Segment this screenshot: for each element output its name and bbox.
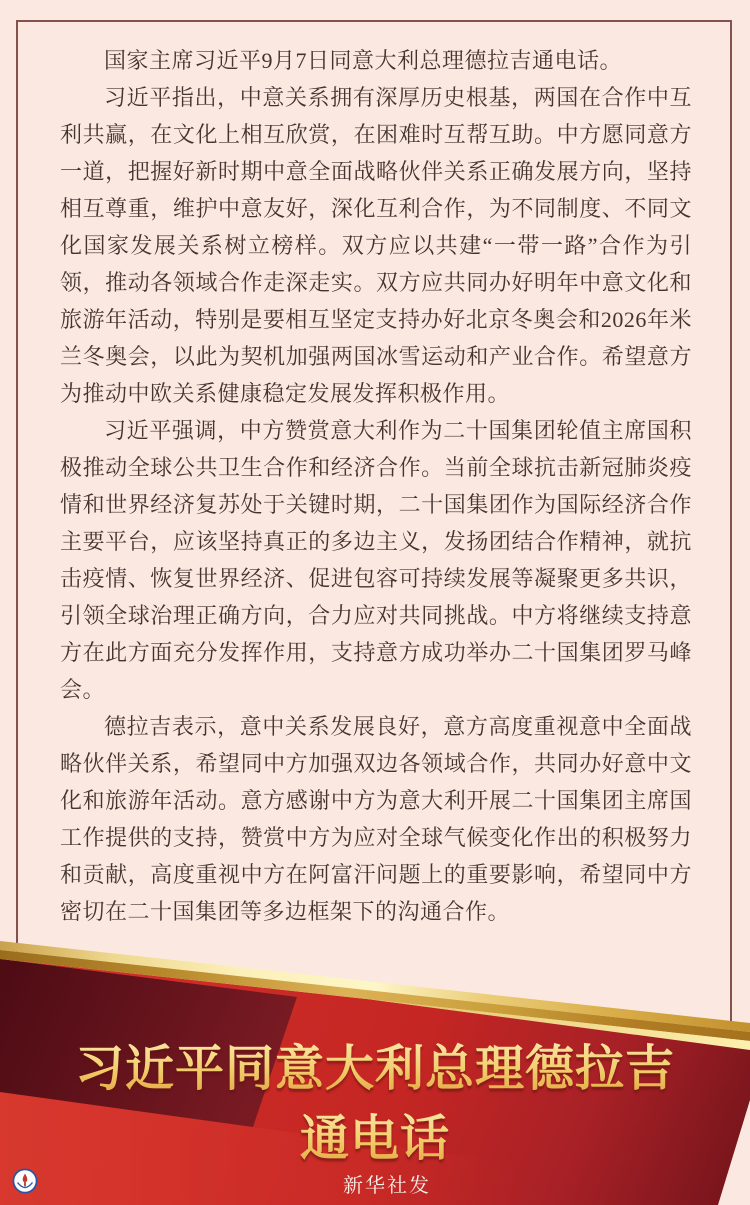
xinhua-logo-icon	[12, 1168, 38, 1194]
article-paragraph: 习近平强调，中方赞赏意大利作为二十国集团轮值主席国积极推动全球公共卫生合作和经济…	[60, 412, 692, 708]
credit-row: 新华社发	[12, 1168, 750, 1198]
title-banner: 习近平同意大利总理德拉吉 通电话 新华社发	[0, 940, 750, 1205]
article-paragraph: 国家主席习近平9月7日同意大利总理德拉吉通电话。	[60, 42, 692, 79]
banner-title-line2: 通电话	[0, 1110, 750, 1168]
banner-title: 习近平同意大利总理德拉吉 通电话	[0, 1040, 750, 1168]
news-poster: 国家主席习近平9月7日同意大利总理德拉吉通电话。 习近平指出，中意关系拥有深厚历…	[0, 0, 750, 1205]
credit-text: 新华社发	[343, 1169, 431, 1198]
article-paragraph: 习近平指出，中意关系拥有深厚历史根基，两国在合作中互利共赢，在文化上相互欣赏，在…	[60, 79, 692, 412]
banner-title-line1: 习近平同意大利总理德拉吉	[0, 1040, 750, 1098]
article-paragraph: 德拉吉表示，意中关系发展良好，意方高度重视意中全面战略伙伴关系，希望同中方加强双…	[60, 708, 692, 930]
article-body: 国家主席习近平9月7日同意大利总理德拉吉通电话。 习近平指出，中意关系拥有深厚历…	[60, 42, 692, 930]
